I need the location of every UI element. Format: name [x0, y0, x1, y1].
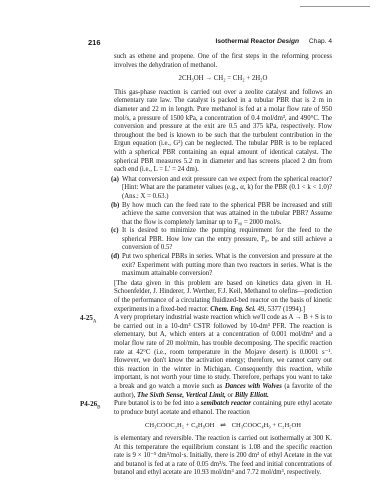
part-label: (b) — [111, 202, 122, 228]
problem-number: P4-26B — [80, 400, 100, 409]
problem-text: A very proprietary industrial waste reac… — [114, 314, 332, 400]
page-number: 216 — [88, 38, 101, 47]
equation-transesterification: CH₃COOC₂H₅ + C₄H₉OH ⇌ CH₃COOC₄H₉ + C₂H₅O… — [114, 421, 332, 431]
problem-paragraph: This gas-phase reaction is carried out o… — [114, 89, 332, 175]
citation: 49, 5377 (1994).] — [257, 306, 305, 313]
part-label: (c) — [111, 227, 122, 253]
running-head: Isothermal Reactor Design Chap. 4 — [215, 38, 332, 45]
page-body: such as ethene and propene. One of the f… — [114, 53, 332, 478]
problem-parts: (a) What conversion and exit pressure ca… — [114, 176, 332, 279]
equation-methanol-dehydration: 2CH₃OH → CH₂ = CH₂ + 2H₂O — [114, 75, 332, 84]
movie-title: The Sixth Sense, Vertical Limit, — [137, 392, 226, 399]
page-header: 216 Isothermal Reactor Design Chap. 4 — [88, 38, 332, 50]
part-text: What conversion and exit pressure can we… — [122, 176, 332, 202]
problem-text: Pure butanol is to be fed into a semibat… — [114, 400, 332, 417]
equation-reactants: CH₃COOC₂H₅ + C₄H₉OH — [145, 422, 214, 429]
part-a: (a) What conversion and exit pressure ca… — [114, 176, 332, 202]
key-term: semibatch reactor — [201, 400, 251, 407]
part-label: (d) — [111, 253, 122, 279]
movie-title: Dances with Wolves — [225, 383, 282, 390]
problem-4-26: P4-26B Pure butanol is to be fed into a … — [114, 400, 332, 478]
journal-name: Chem. Eng. Sci. — [210, 306, 256, 313]
equation-products: CH₃COOC₄H₉ + C₂H₅OH — [232, 422, 301, 429]
part-text: Put two spherical PBRs in series. What i… — [122, 253, 332, 279]
part-c: (c) It is desired to minimize the pumpin… — [114, 227, 332, 253]
running-head-chapter: Chap. 4 — [309, 38, 332, 45]
part-text: It is desired to minimize the pumping re… — [122, 227, 332, 253]
problem-4-25: 4-25A A very proprietary industrial wast… — [114, 314, 332, 400]
equilibrium-arrow-icon: ⇌ — [220, 421, 226, 430]
source-note: [The data given in this problem are base… — [114, 280, 332, 314]
movie-title: Billy Elliott. — [235, 392, 269, 399]
problem-paragraph: is elementary and reversible. The reacti… — [114, 435, 332, 478]
part-b: (b) By how much can the feed rate to the… — [114, 202, 332, 228]
intro-text: such as ethene and propene. One of the f… — [114, 53, 332, 70]
part-label: (a) — [111, 176, 122, 202]
top-rule — [300, 6, 370, 7]
running-head-title-italic: Design — [277, 38, 299, 45]
running-head-title: Isothermal Reactor — [215, 38, 275, 45]
problem-number: 4-25A — [80, 314, 96, 323]
part-text: By how much can the feed rate to the sph… — [122, 202, 332, 228]
part-d: (d) Put two spherical PBRs in series. Wh… — [114, 253, 332, 279]
